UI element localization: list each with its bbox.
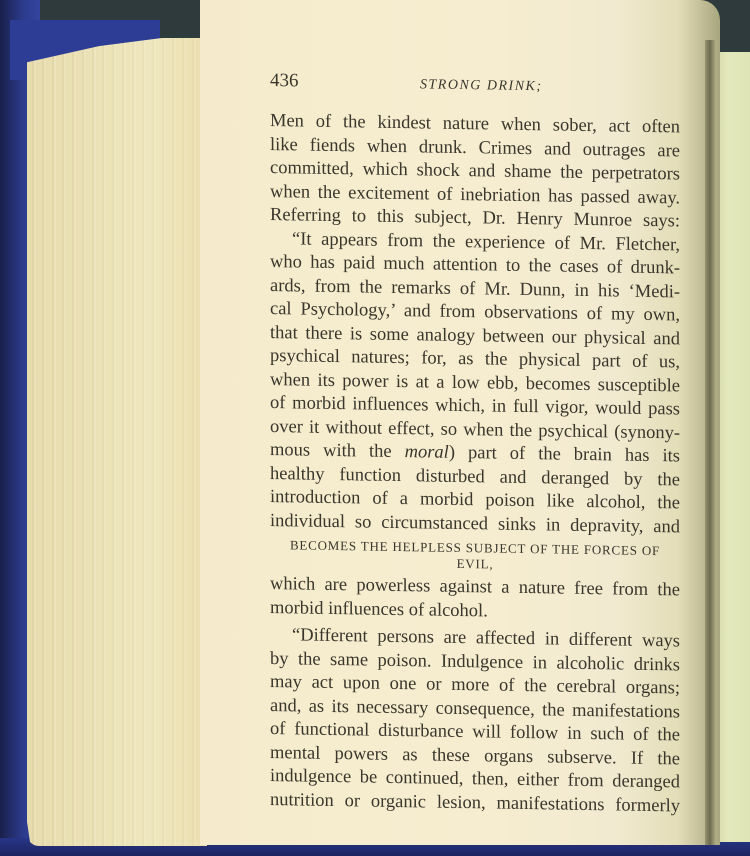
- paragraph-after-heading: which are powerless against a nature fre…: [270, 573, 680, 626]
- running-head: 436 STRONG DRINK;: [270, 70, 680, 116]
- book-photo: 436 STRONG DRINK; Men of the kindest nat…: [0, 0, 750, 856]
- page-edges-shading: [27, 38, 207, 846]
- display-heading: BECOMES THE HELPLESS SUBJECT OF THE FORC…: [270, 537, 680, 575]
- paragraph-final-quote: “Different persons are affected in diffe…: [270, 624, 680, 818]
- paragraph-2-quote: “It appears from the experience of Mr. F…: [270, 228, 680, 540]
- paragraph-1: Men of the kindest nature when sober, ac…: [270, 110, 680, 234]
- italic-word: moral: [405, 442, 449, 463]
- page-number: 436: [270, 70, 420, 94]
- running-head-title: STRONG DRINK;: [420, 77, 543, 95]
- book-gutter: [705, 40, 715, 845]
- page-text: 436 STRONG DRINK; Men of the kindest nat…: [270, 70, 680, 818]
